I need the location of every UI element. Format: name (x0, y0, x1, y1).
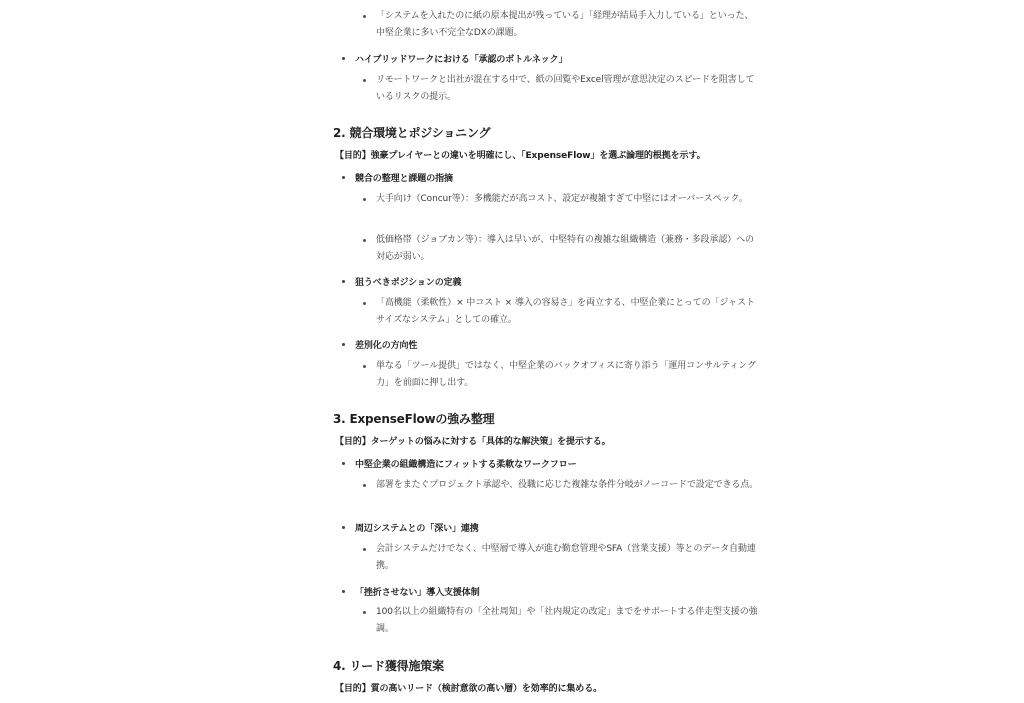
bullet-icon (342, 280, 345, 283)
bullet-icon (363, 239, 366, 242)
bullet-icon (363, 548, 366, 551)
bullet-icon (342, 343, 345, 346)
bullet-icon (342, 462, 345, 465)
bullet-icon (363, 365, 366, 368)
bullet-icon (342, 526, 345, 529)
section-purpose: 【目的】強豪プレイヤーとの違いを明確にし、「ExpenseFlow」を選ぶ論理的… (335, 148, 705, 161)
sub-bullet: 大手向け（Concur等）：多機能だが高コスト、設定が複雑すぎて中堅にはオーバー… (361, 191, 761, 208)
bullet-icon (363, 484, 366, 487)
section-heading: 3. ExpenseFlowの強み整理 (333, 410, 494, 427)
section-heading: 2. 競合環境とポジショニング (333, 124, 490, 141)
section-purpose: 【目的】質の高いリード（検討意欲の高い層）を効率的に集める。 (335, 681, 602, 694)
bullet-icon (363, 302, 366, 305)
bullet-icon (342, 57, 345, 60)
bullet-icon (342, 176, 345, 179)
bullet-icon (363, 79, 366, 82)
sub-bullet: 「高機能（柔軟性）× 中コスト × 導入の容易さ」を両立する、中堅企業にとっての… (361, 295, 761, 329)
section-purpose: 【目的】ターゲットの悩みに対する「具体的な解決策」を提示する。 (335, 434, 611, 447)
sub-bullet: 「システムを入れたのに紙の原本提出が残っている」「経理が結局手入力している」とい… (361, 8, 761, 42)
bullet-icon (363, 15, 366, 18)
sub-bullet: 低価格帯（ジョブカン等）：導入は早いが、中堅特有の複雑な組織構造（兼務・多段承認… (361, 232, 761, 266)
bullet-icon (342, 590, 345, 593)
sub-bullet: リモートワークと出社が混在する中で、紙の回覧やExcel管理が意思決定のスピード… (361, 72, 761, 106)
bullet-icon (363, 198, 366, 201)
sub-bullet: 単なる「ツール提供」ではなく、中堅企業のバックオフィスに寄り添う「運用コンサルテ… (361, 358, 761, 392)
section-heading: 4. リード獲得施策案 (333, 657, 444, 674)
bullet-icon (363, 611, 366, 614)
sub-bullet: 100名以上の組織特有の「全社周知」や「社内規定の改定」までをサポートする伴走型… (361, 604, 761, 638)
sub-bullet: 会計システムだけでなく、中堅層で導入が進む勤怠管理やSFA（営業支援）等とのデー… (361, 541, 761, 575)
sub-bullet: 部署をまたぐプロジェクト承認や、役職に応じた複雑な条件分岐がノーコードで設定でき… (361, 477, 761, 494)
